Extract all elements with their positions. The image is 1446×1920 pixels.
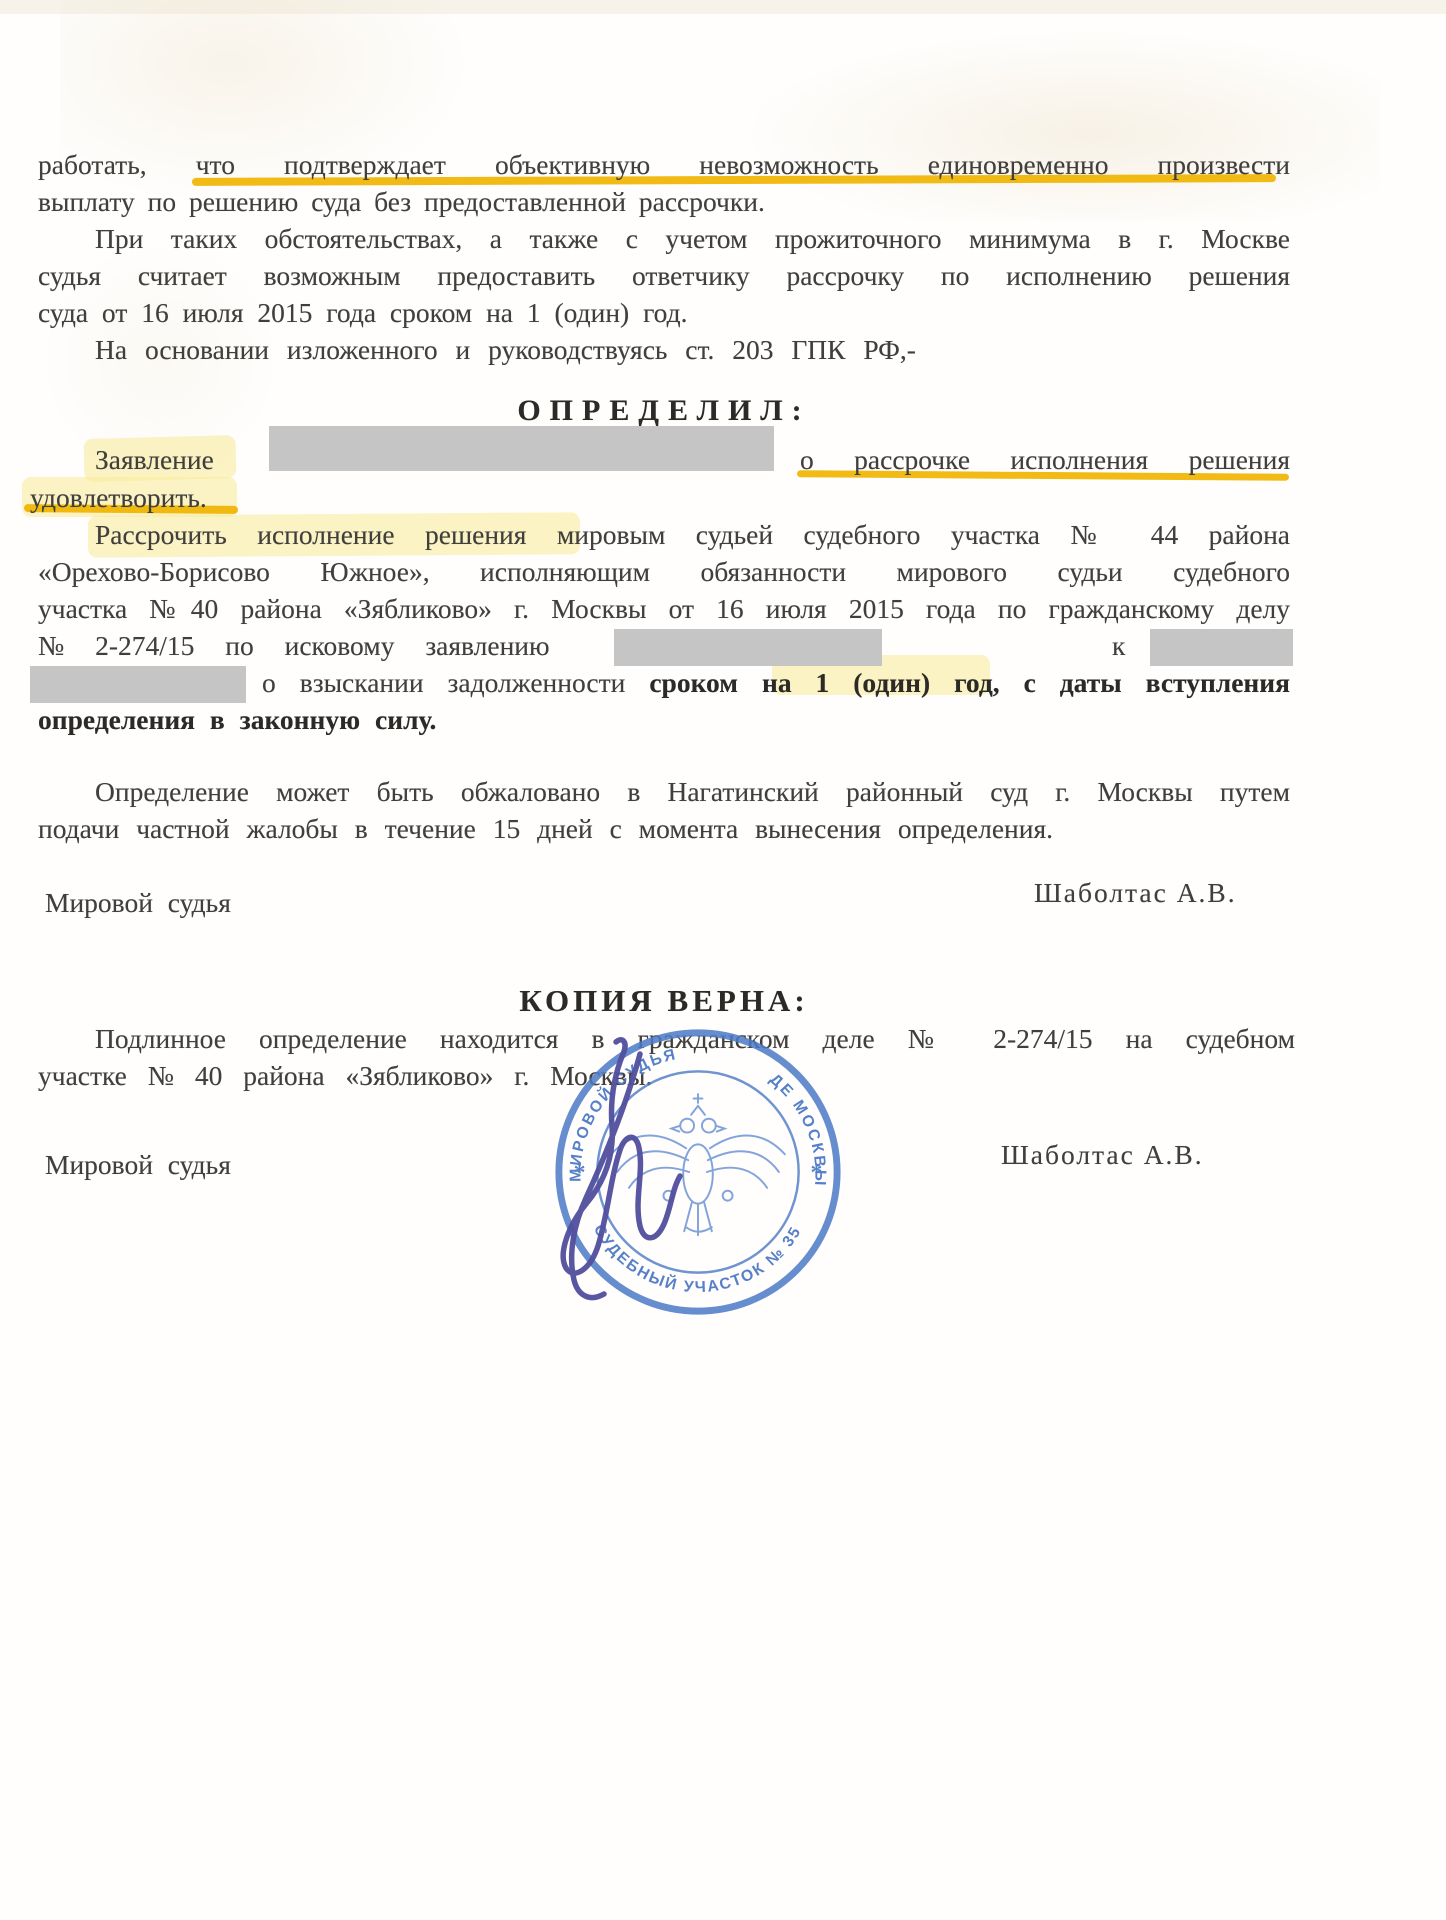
text-segment: Мировой судья bbox=[45, 1149, 231, 1180]
text-segment: выплату по решению суда без предоставлен… bbox=[38, 186, 765, 217]
body-2: выплату по решению суда без предоставлен… bbox=[38, 183, 765, 220]
redaction-bar bbox=[30, 666, 246, 703]
text-segment: судья считает возможным предоставить отв… bbox=[38, 260, 1290, 291]
text-segment: работать, что подтверждает объективную н… bbox=[38, 149, 1290, 180]
scan-artifact bbox=[0, 0, 1446, 14]
text-segment: На основании изложенного и руководствуяс… bbox=[95, 334, 916, 365]
body-4: судья считает возможным предоставить отв… bbox=[38, 257, 1290, 294]
text-segment: Заявление bbox=[95, 444, 214, 475]
text-segment: о взыскании задолженности bbox=[262, 667, 649, 698]
text-segment: Шаболтас А.В. bbox=[1034, 877, 1237, 908]
judge-title-1: Мировой судья bbox=[45, 884, 231, 921]
text-segment: «Орехово-Борисово Южное», исполняющим об… bbox=[38, 556, 1290, 587]
body-9: участка №40 района «Зябликово» г. Москвы… bbox=[38, 590, 1290, 627]
text-segment: № 2-274/15 по исковому заявлению bbox=[38, 630, 550, 661]
line-o-rassrochke: о рассрочке исполнения решения bbox=[800, 441, 1290, 478]
text-segment: удовлетворить. bbox=[30, 482, 207, 513]
text-segment: ОПРЕДЕЛИЛ: bbox=[517, 394, 810, 427]
text-segment: Шаболтас А.В. bbox=[1001, 1139, 1204, 1170]
judge-signature bbox=[520, 1028, 735, 1320]
text-segment: Определение может быть обжаловано в Нага… bbox=[95, 776, 1290, 807]
stamp-star-right: * bbox=[810, 1160, 822, 1186]
body-7: Рассрочить исполнение решения мировым су… bbox=[38, 516, 1290, 553]
text-segment: КОПИЯ ВЕРНА: bbox=[519, 983, 808, 1018]
text-segment: определения в законную силу. bbox=[38, 704, 436, 735]
text-segment: Рассрочить исполнение решения мировым су… bbox=[95, 519, 1290, 550]
line-opredelenia-sila: определения в законную силу. bbox=[38, 701, 436, 738]
scanned-court-order-page: МИРОВОЙ СУДЬЯ ДЕ МОСКВЫ СУДЕБНЫЙ УЧАСТОК… bbox=[0, 0, 1446, 1920]
body-1: работать, что подтверждает объективную н… bbox=[38, 146, 1290, 183]
text-segment: При таких обстоятельствах, а также с уче… bbox=[95, 223, 1290, 254]
scan-artifact bbox=[740, 30, 1380, 220]
text-segment: сроком на 1 (один) год, с даты вступлени… bbox=[649, 667, 1290, 698]
body-10: Определение может быть обжаловано в Нага… bbox=[38, 773, 1290, 810]
text-segment: о рассрочке исполнения решения bbox=[800, 444, 1290, 475]
text-segment: суда от 16 июля 2015 года сроком на 1 (о… bbox=[38, 297, 688, 328]
judge-name-1: Шаболтас А.В. bbox=[1034, 874, 1237, 911]
body-5: суда от 16 июля 2015 года сроком на 1 (о… bbox=[38, 294, 688, 331]
line-zayavlenie: Заявление bbox=[95, 441, 214, 478]
judge-title-2: Мировой судья bbox=[45, 1146, 231, 1183]
heading-kopiya-verna: КОПИЯ ВЕРНА: bbox=[38, 982, 1290, 1019]
text-segment: участка №40 района «Зябликово» г. Москвы… bbox=[38, 593, 1290, 624]
line-k: к bbox=[1112, 627, 1125, 664]
line-case-number: № 2-274/15 по исковому заявлению bbox=[38, 627, 550, 664]
judge-name-2: Шаболтас А.В. bbox=[1001, 1136, 1204, 1173]
body-3: При таких обстоятельствах, а также с уче… bbox=[38, 220, 1290, 257]
body-11: подачи частной жалобы в течение 15 дней … bbox=[38, 810, 1053, 847]
redaction-bar bbox=[1150, 629, 1293, 666]
text-segment: Мировой судья bbox=[45, 887, 231, 918]
redaction-bar bbox=[269, 426, 774, 471]
line-udovletvorit: удовлетворить. bbox=[30, 479, 207, 516]
body-8: «Орехово-Борисово Южное», исполняющим об… bbox=[38, 553, 1290, 590]
heading-opredelil: ОПРЕДЕЛИЛ: bbox=[38, 392, 1290, 429]
body-6: На основании изложенного и руководствуяс… bbox=[38, 331, 916, 368]
line-vzyskanie: о взыскании задолженности сроком на 1 (о… bbox=[262, 664, 1290, 701]
redaction-bar bbox=[614, 629, 882, 666]
text-segment: к bbox=[1112, 630, 1125, 661]
text-segment: подачи частной жалобы в течение 15 дней … bbox=[38, 813, 1053, 844]
